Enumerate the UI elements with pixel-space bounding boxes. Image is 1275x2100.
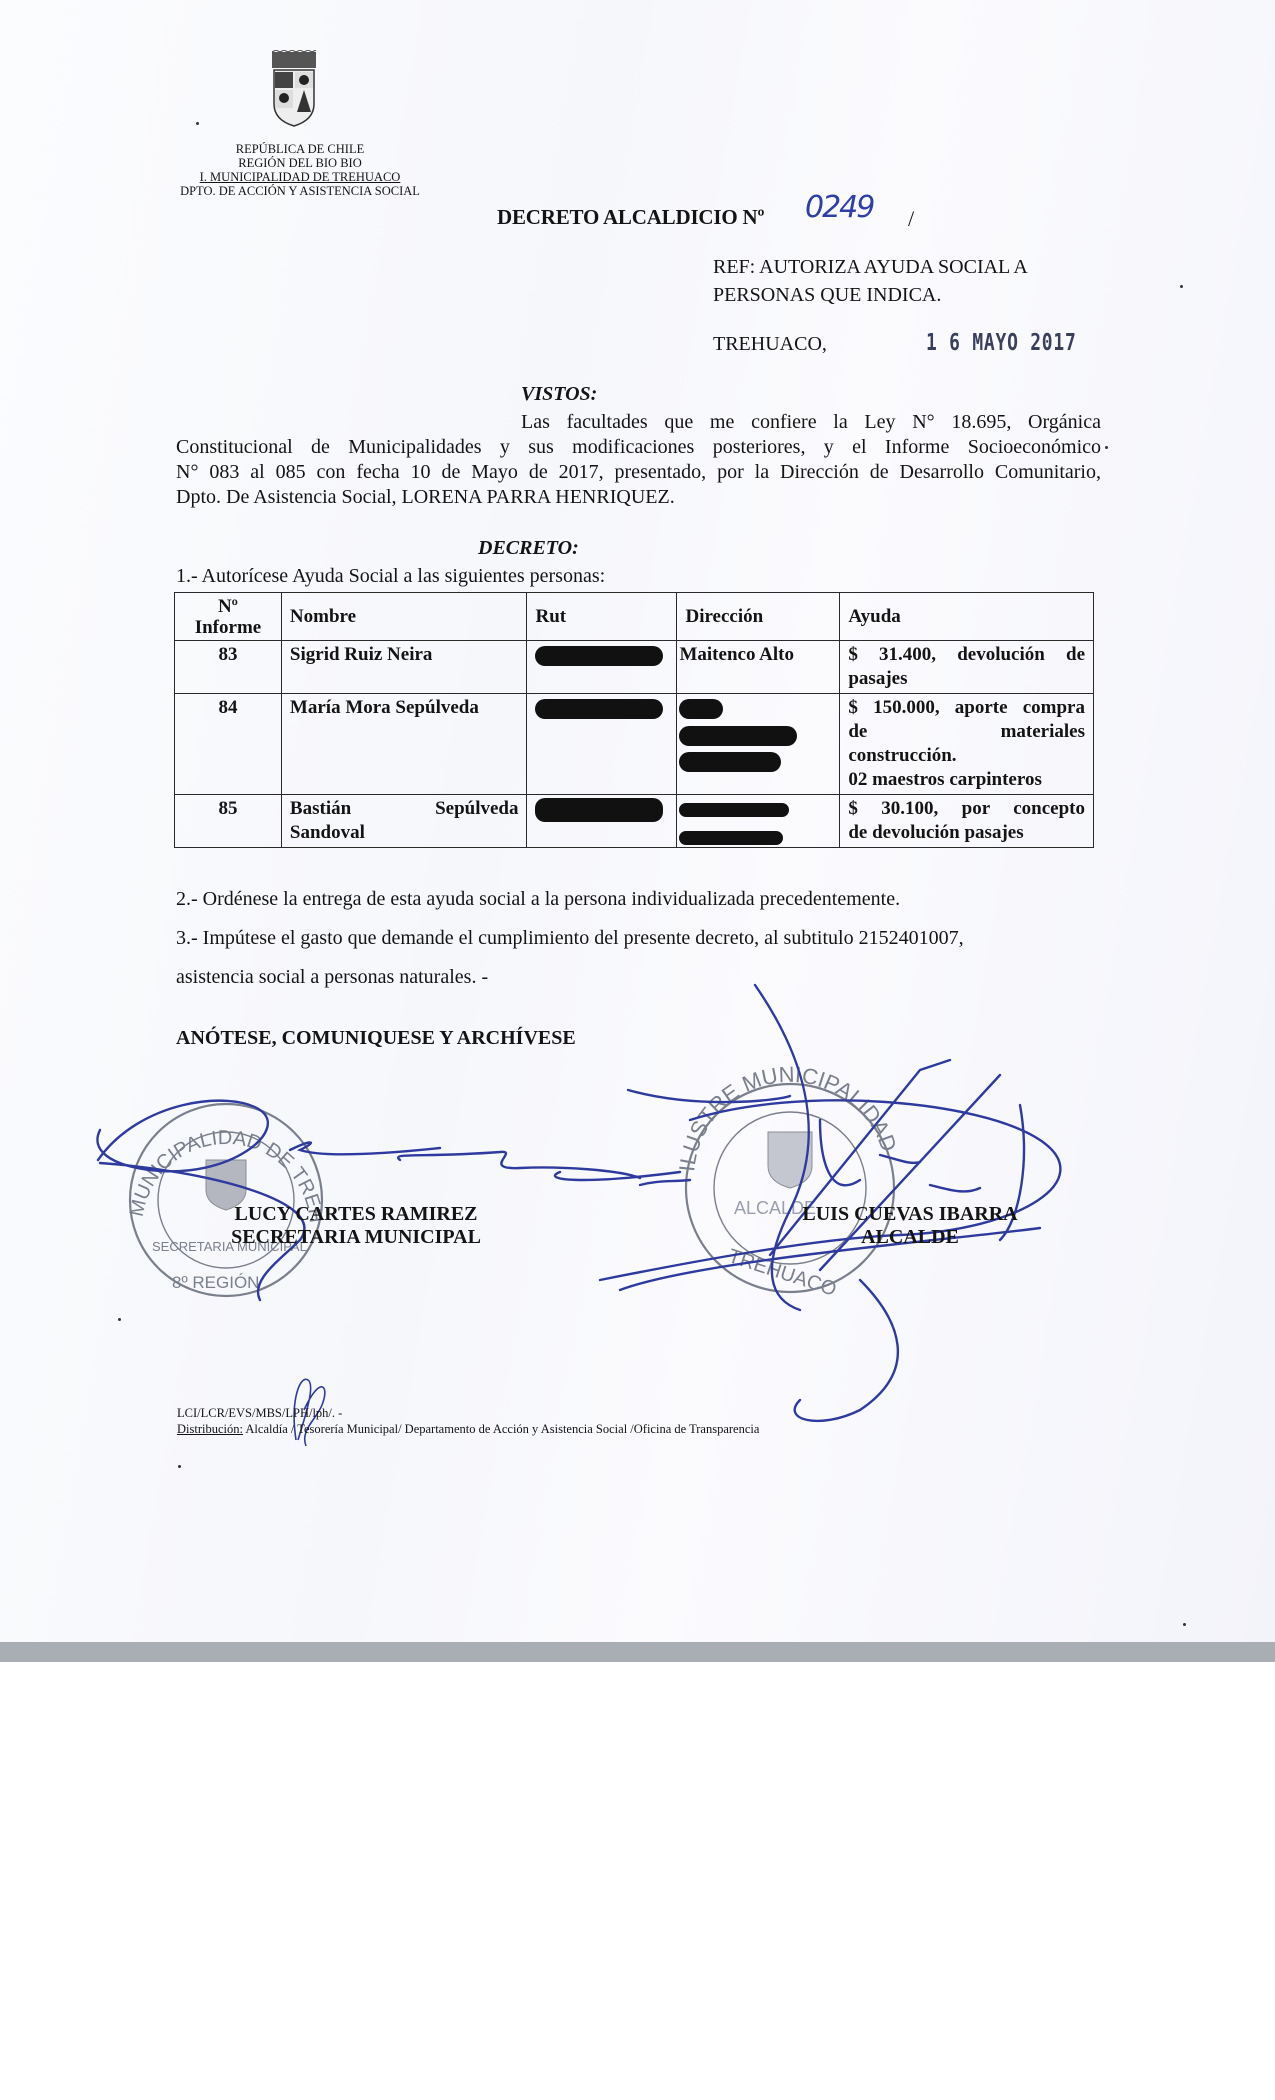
vistos-line: Dpto. De Asistencia Social, LORENA PARRA…	[176, 485, 1101, 510]
cell-nombre: Bastián Sepúlveda Sandoval	[281, 795, 527, 848]
vistos-heading: VISTOS:	[521, 383, 597, 406]
header-nombre: Nombre	[281, 593, 527, 641]
redaction-mark	[535, 798, 663, 822]
cell-ayuda: $ 150.000, aporte compra de materiales c…	[840, 694, 1094, 795]
scan-speck	[178, 1465, 181, 1468]
redaction-mark	[679, 803, 789, 817]
redaction-mark	[679, 752, 781, 772]
municipal-coat-of-arms-icon	[268, 50, 320, 138]
header-line-republic: REPÚBLICA DE CHILE	[150, 142, 450, 156]
cell-informe: 85	[175, 795, 282, 848]
redaction-mark	[679, 831, 783, 845]
table-row: 83 Sigrid Ruiz Neira Maitenco Alto $ 31.…	[175, 641, 1094, 694]
scan-speck	[1105, 446, 1108, 449]
decree-item-3-line-2: asistencia social a personas naturales. …	[176, 966, 488, 989]
cell-direccion	[677, 795, 840, 848]
cell-ayuda: $ 31.400, devolución de pasajes	[840, 641, 1094, 694]
cell-rut	[527, 641, 677, 694]
table-row: 84 María Mora Sepúlveda $ 150.000, aport…	[175, 694, 1094, 795]
cell-rut	[527, 795, 677, 848]
distribution-line: Distribución: Alcaldía / Tesorería Munic…	[177, 1422, 759, 1437]
cell-direccion	[677, 694, 840, 795]
redaction-mark	[535, 646, 663, 666]
header-rut: Rut	[527, 593, 677, 641]
scan-speck	[118, 1318, 121, 1321]
secretary-role: SECRETARIA MUNICIPAL	[176, 1226, 536, 1249]
date-stamp: 1 6 MAYO 2017	[926, 330, 1077, 356]
vistos-paragraph: Las facultades que me confiere la Ley N°…	[176, 410, 1101, 510]
reference-line-2: PERSONAS QUE INDICA.	[713, 284, 941, 307]
vistos-line: N° 083 al 085 con fecha 10 de Mayo de 20…	[176, 460, 1101, 485]
redaction-mark	[679, 699, 723, 719]
cell-direccion: Maitenco Alto	[677, 641, 840, 694]
header-line-region: REGIÓN DEL BIO BIO	[150, 156, 450, 170]
decree-title: DECRETO ALCALDICIO Nº	[497, 205, 764, 230]
header-line-department: DPTO. DE ACCIÓN Y ASISTENCIA SOCIAL	[150, 184, 450, 198]
scan-speck	[196, 122, 199, 125]
redaction-mark	[535, 699, 663, 719]
reference-line-1: REF: AUTORIZA AYUDA SOCIAL A	[713, 256, 1028, 279]
cell-informe: 84	[175, 694, 282, 795]
scan-speck	[1180, 285, 1183, 288]
cell-nombre: Sigrid Ruiz Neira	[281, 641, 527, 694]
distribution-label: Distribución:	[177, 1422, 243, 1436]
header-informe: NºInforme	[175, 593, 282, 641]
scanner-edge-band	[0, 1642, 1275, 1662]
vistos-line: Las facultades que me confiere la Ley N°…	[176, 410, 1101, 435]
beneficiaries-table: NºInforme Nombre Rut Dirección Ayuda 83 …	[174, 592, 1094, 848]
table-header-row: NºInforme Nombre Rut Dirección Ayuda	[175, 593, 1094, 641]
initials-line: LCI/LCR/EVS/MBS/LPH/lph/. -	[177, 1406, 342, 1421]
decree-slash: /	[908, 206, 914, 232]
mayor-signature-block: LUIS CUEVAS IBARRA ALCALDE	[760, 1203, 1060, 1249]
header-direccion: Dirección	[677, 593, 840, 641]
table-row: 85 Bastián Sepúlveda Sandoval $ 30.100, …	[175, 795, 1094, 848]
mayor-role: ALCALDE	[760, 1226, 1060, 1249]
cell-rut	[527, 694, 677, 795]
decree-number-handwritten: 0249	[805, 190, 873, 225]
decree-item-2: 2.- Ordénese la entrega de esta ayuda so…	[176, 888, 900, 911]
cell-nombre: María Mora Sepúlveda	[281, 694, 527, 795]
secretary-signature-block: LUCY CARTES RAMIREZ SECRETARIA MUNICIPAL	[176, 1203, 536, 1249]
decree-item-1: 1.- Autorícese Ayuda Social a las siguie…	[176, 565, 605, 588]
secretary-name: LUCY CARTES RAMIREZ	[176, 1203, 536, 1226]
closing-formula: ANÓTESE, COMUNIQUESE Y ARCHÍVESE	[176, 1027, 576, 1050]
vistos-line: Constitucional de Municipalidades y sus …	[176, 435, 1101, 460]
mayor-name: LUIS CUEVAS IBARRA	[760, 1203, 1060, 1226]
header-line-municipality: I. MUNICIPALIDAD DE TREHUACO	[150, 170, 450, 184]
cell-informe: 83	[175, 641, 282, 694]
redaction-mark	[679, 726, 797, 746]
scan-speck	[1183, 1623, 1186, 1626]
place-label: TREHUACO,	[713, 333, 827, 356]
distribution-text: Alcaldía / Tesorería Municipal/ Departam…	[243, 1422, 759, 1436]
decree-item-3-line-1: 3.- Impútese el gasto que demande el cum…	[176, 927, 964, 950]
header-ayuda: Ayuda	[840, 593, 1094, 641]
cell-ayuda: $ 30.100, por concepto de devolución pas…	[840, 795, 1094, 848]
decreto-heading: DECRETO:	[478, 537, 579, 560]
